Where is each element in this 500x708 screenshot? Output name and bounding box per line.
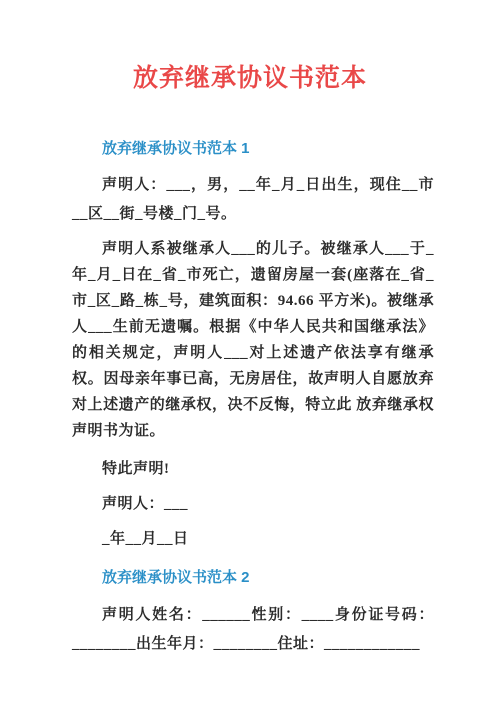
section-2-heading: 放弃继承协议书范本 2 [102, 568, 434, 588]
section-1-heading: 放弃继承协议书范本 1 [102, 139, 434, 159]
document-page: 放弃继承协议书范本 放弃继承协议书范本 1 声明人：___，男，__年_月_日出… [0, 0, 500, 708]
section-1-hereby-declare-line: 特此声明! [72, 459, 434, 479]
section-1-declarant-paragraph: 声明人：___，男，__年_月_日出生，现住__市__区__街_号楼_门_号。 [72, 171, 434, 229]
section-1-signature-line: 声明人：___ [72, 494, 434, 514]
section-1-main-paragraph: 声明人系被继承人___的儿子。被继承人___于_年_月_日在_省_市死亡，遗留房… [72, 236, 434, 444]
document-body: 放弃继承协议书范本 1 声明人：___，男，__年_月_日出生，现住__市__区… [0, 139, 500, 659]
section-1-date-line: _年__月__日 [72, 529, 434, 549]
section-2-declarant-info-paragraph: 声明人姓名：______性别：____身份证号码：________出生年月：__… [72, 601, 434, 659]
document-title: 放弃继承协议书范本 [0, 62, 500, 94]
